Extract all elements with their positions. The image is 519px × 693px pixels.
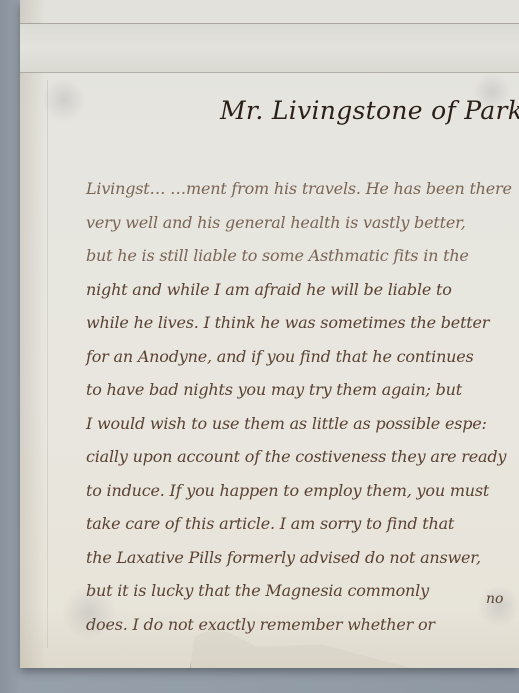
paper-tear (190, 629, 411, 668)
margin-line (47, 80, 48, 648)
fold-crease-bottom (20, 72, 519, 73)
body-line: for an Anodyne, and if you find that he … (86, 340, 516, 374)
body-line: to induce. If you happen to employ them,… (86, 474, 516, 508)
body-line: Livingst… …ment from his travels. He has… (86, 172, 516, 206)
manuscript-page: Mr. Livingstone of Parkshe… Livingst… …m… (20, 0, 519, 668)
body-line: does. I do not exactly remember whether … (86, 608, 516, 642)
body-line: night and while I am afraid he will be l… (86, 273, 516, 307)
body-line: while he lives. I think he was sometimes… (86, 306, 516, 340)
body-line: I would wish to use them as little as po… (86, 407, 516, 441)
fold-band (20, 24, 519, 72)
addressee-heading: Mr. Livingstone of Parkshe… (220, 96, 519, 125)
body-line: very well and his general health is vast… (86, 206, 516, 240)
body-line: cially upon account of the costiveness t… (86, 440, 516, 474)
body-line: to have bad nights you may try them agai… (86, 373, 516, 407)
body-line: take care of this article. I am sorry to… (86, 507, 516, 541)
catchword: no (486, 591, 503, 607)
body-line: but he is still liable to some Asthmatic… (86, 239, 516, 273)
body-line: but it is lucky that the Magnesia common… (86, 574, 516, 608)
body-line: the Laxative Pills formerly advised do n… (86, 541, 516, 575)
stain-top-left (42, 78, 86, 122)
letter-body: Livingst… …ment from his travels. He has… (86, 172, 516, 641)
fold-crease-top (20, 23, 519, 24)
